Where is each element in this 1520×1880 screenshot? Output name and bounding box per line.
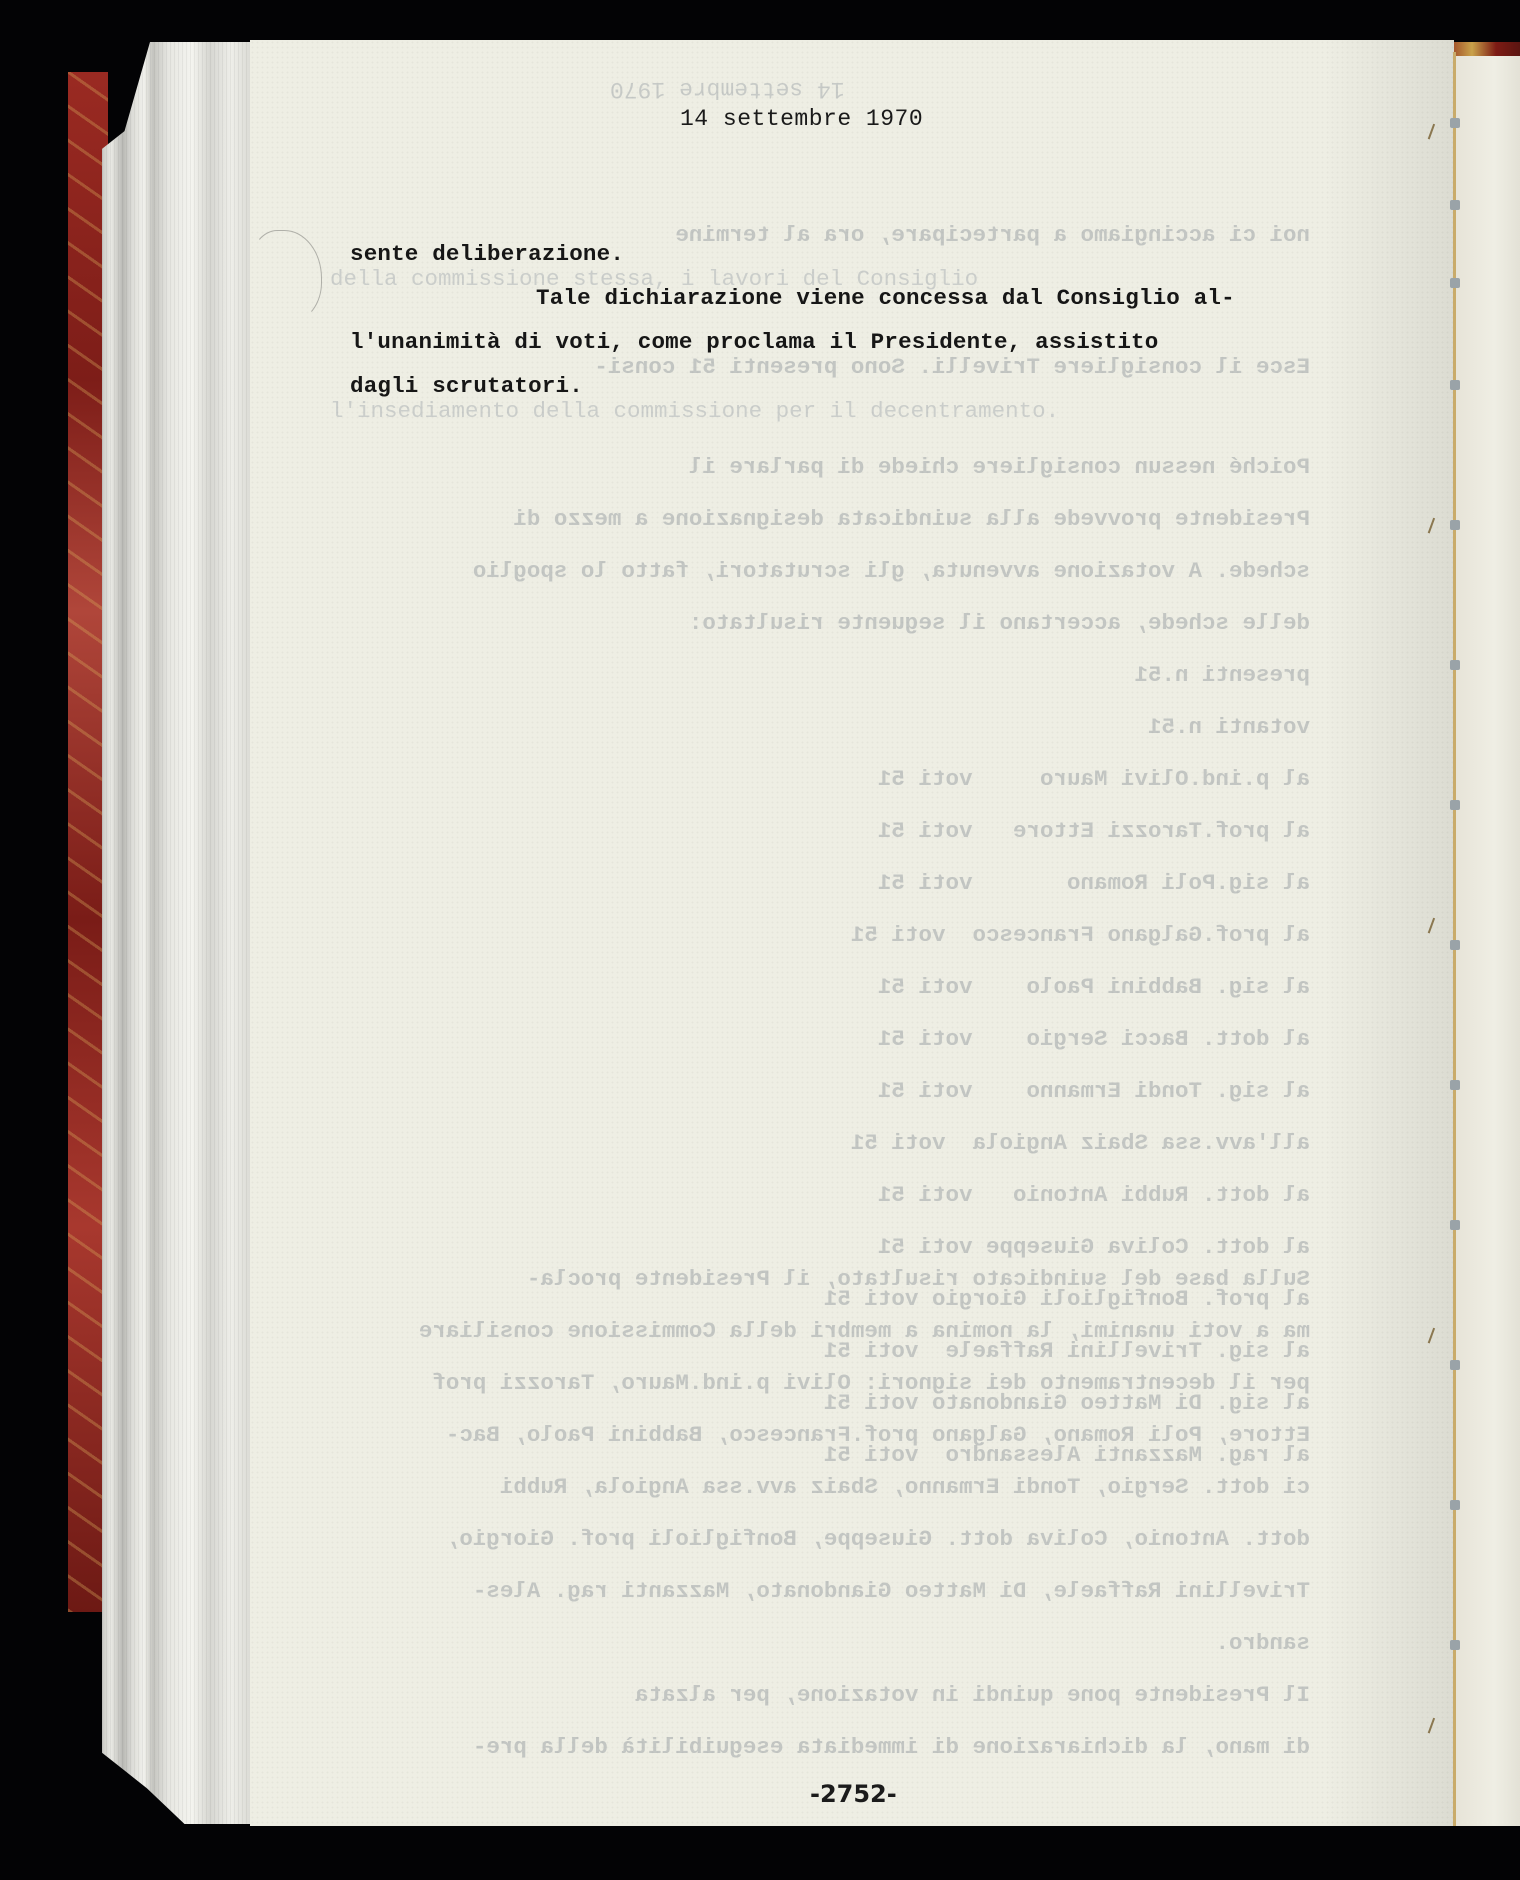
- bleed-through-line: al p.ind.Olivi Mauro voti 51: [878, 766, 1310, 792]
- stitch-icon: [1450, 800, 1460, 810]
- bleed-through-line: Trivellini Raffaele, Di Matteo Giandonat…: [473, 1578, 1310, 1604]
- bleed-through-line: al sig. Babbini Paolo voti 51: [878, 974, 1310, 1000]
- stitch-icon: [1450, 1500, 1460, 1510]
- bleed-through-line: Sulla base del suindicato risultato, il …: [527, 1266, 1310, 1292]
- bleed-through-line: al sig.Poli Romano voti 51: [878, 870, 1310, 896]
- stitch-icon: [1450, 1360, 1460, 1370]
- stitch-icon: [1450, 118, 1460, 128]
- stitch-icon: [1450, 1640, 1460, 1650]
- bleed-through-line: al dott. Rubbi Antonio voti 51: [878, 1182, 1310, 1208]
- bleed-through-line: al dott. Bacci Sergio voti 51: [878, 1026, 1310, 1052]
- stitch-icon: [1450, 660, 1460, 670]
- bleed-through-line: delle schede, accertano il seguente risu…: [689, 610, 1310, 636]
- text-line: dagli scrutatori.: [350, 364, 1290, 408]
- bleed-through-line: votanti n.51: [1148, 714, 1310, 740]
- bleed-through-line: Il Presidente pone quindi in votazione, …: [635, 1682, 1310, 1708]
- text-line: Tale dichiarazione viene concessa dal Co…: [350, 276, 1290, 320]
- bleed-through-line: al dott. Coliva Giuseppe voti 51: [878, 1234, 1310, 1260]
- binding-gutter: [1453, 52, 1456, 1826]
- stitch-icon: [1450, 520, 1460, 530]
- page-header-date: 14 settembre 1970: [680, 106, 923, 132]
- page-stack-edges: [102, 42, 252, 1824]
- bleed-through-header: 14 settembre 1970: [610, 76, 845, 102]
- stitch-icon: [1450, 278, 1460, 288]
- stitch-icon: [1450, 1080, 1460, 1090]
- bleed-through-line: dott. Antonio, Coliva dott. Giuseppe, Bo…: [446, 1526, 1310, 1552]
- bleed-through-line: al prof.Galgano Francesco voti 51: [851, 922, 1310, 948]
- stitch-icon: [1450, 1220, 1460, 1230]
- bleed-through-line: al prof.Tarozzi Ettore voti 51: [878, 818, 1310, 844]
- bleed-through-line: presenti n.51: [1134, 662, 1310, 688]
- text-line: sente deliberazione.: [350, 232, 1290, 276]
- stitch-icon: [1450, 940, 1460, 950]
- bleed-through-line: Poiché nessun consigliere chiede di parl…: [689, 454, 1310, 480]
- bleed-through-line: all'avv.ssa Sbaiz Angiola voti 51: [851, 1130, 1310, 1156]
- bleed-through-line: Ettore, Poli Romano, Galgano prof.France…: [446, 1422, 1310, 1448]
- stitch-icon: [1450, 380, 1460, 390]
- bleed-through-line: ma a voti unanimi, la nomina a membri de…: [419, 1318, 1310, 1344]
- bleed-through-line: al sig. Tondi Ermanno voti 51: [878, 1078, 1310, 1104]
- stitch-icon: [1450, 200, 1460, 210]
- bleed-through-line: per il decentramento dei signori: Olivi …: [432, 1370, 1310, 1396]
- text-line: l'unanimità di voti, come proclama il Pr…: [350, 320, 1290, 364]
- bleed-through-line: schede. A votazione avvenuta, gli scruta…: [473, 558, 1310, 584]
- bleed-through-line: sandro.: [1215, 1630, 1310, 1656]
- document-body: sente deliberazione. Tale dichiarazione …: [350, 232, 1290, 408]
- bleed-through-line: di mano, la dichiarazione di immediata e…: [473, 1734, 1310, 1760]
- bleed-through-line: ci dott. Sergio, Tondi Ermanno, Sbaiz av…: [500, 1474, 1310, 1500]
- facing-page: [1456, 56, 1520, 1826]
- bleed-through-line: Presidente provvede alla suindicata desi…: [513, 506, 1310, 532]
- page-number: -2752-: [810, 1780, 897, 1808]
